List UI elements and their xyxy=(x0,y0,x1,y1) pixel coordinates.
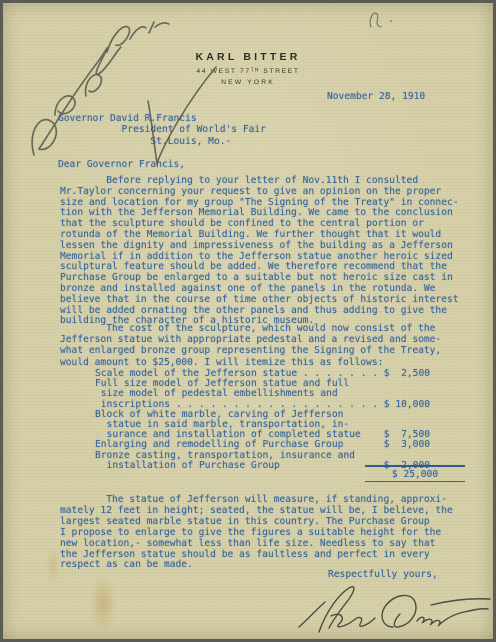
scanned-letter-screenshot: { "letterhead": { "name": "KARL BITTER",… xyxy=(0,0,496,642)
signature-karl-bitter xyxy=(299,587,490,632)
cost-itemization-list: Scale model of the Jefferson statue . . … xyxy=(95,369,430,471)
pencil-corner-mark xyxy=(370,13,392,27)
salutation: Dear Governor Francis, xyxy=(58,160,185,171)
letterhead-city: NEW YORK xyxy=(3,79,493,86)
body-paragraph-3: The statue of Jefferson will measure, if… xyxy=(60,495,453,571)
letterhead-name: KARL BITTER xyxy=(3,51,493,63)
paper-stain xyxy=(45,546,61,586)
body-paragraph-2: The cost of the sculpture, which would n… xyxy=(60,323,441,368)
letterhead-street: 44 WEST 77ᵀᴴ STREET xyxy=(3,68,493,75)
itemization-total: $ 25,000 xyxy=(365,465,465,482)
recipient-address-block: Governor David R.Francis President of Wo… xyxy=(58,113,266,147)
body-paragraph-1: Before replying to your letter of Nov.11… xyxy=(60,176,459,327)
paper-stain xyxy=(89,575,117,633)
letterhead: KARL BITTER 44 WEST 77ᵀᴴ STREET NEW YORK xyxy=(3,51,493,86)
letter-date: November 28, 1910 xyxy=(327,92,425,103)
letter-page: KARL BITTER 44 WEST 77ᵀᴴ STREET NEW YORK… xyxy=(3,3,493,639)
closing-phrase: Respectfully yours, xyxy=(328,570,438,581)
